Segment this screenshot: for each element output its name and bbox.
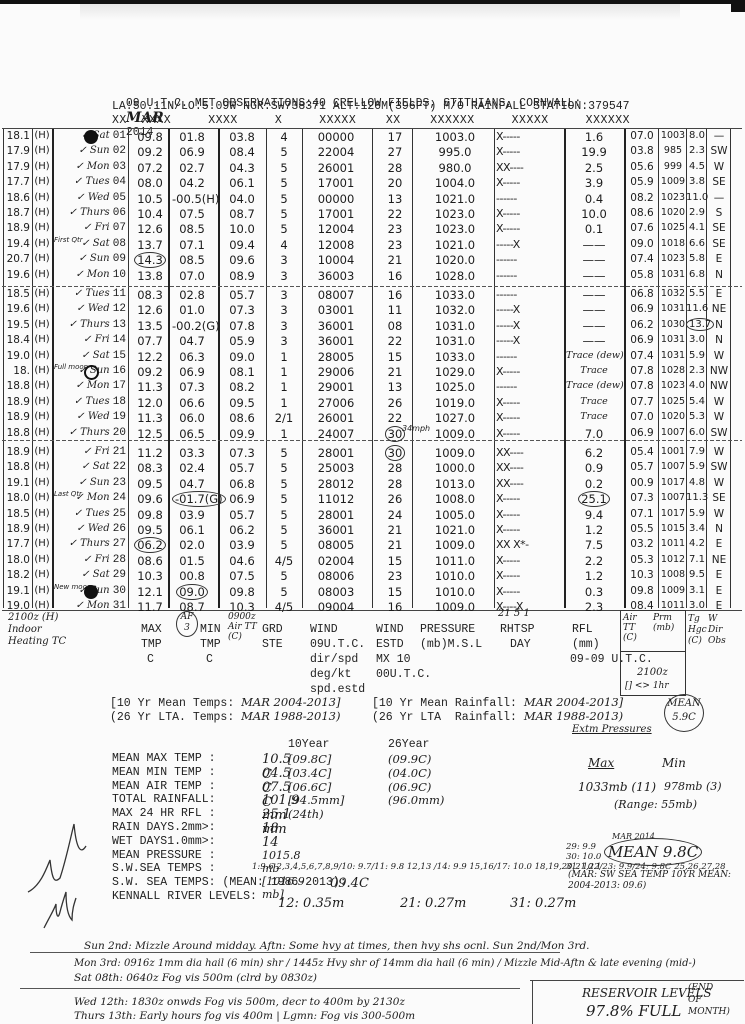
cell-wx: X----- bbox=[496, 176, 520, 189]
cell-pres: 1020.0 bbox=[435, 253, 475, 267]
cell-pres-wrap: 1025.0 bbox=[420, 380, 490, 394]
cell-sea: 18.0 bbox=[7, 554, 30, 566]
legend-min-1: MIN bbox=[200, 622, 221, 637]
cell-gust-wrap: 08 bbox=[380, 319, 410, 333]
cell-day: ✓ Fri 07 bbox=[68, 222, 126, 234]
cell-min: 06.0 bbox=[179, 411, 205, 425]
cell-st-wrap: 3 bbox=[270, 269, 298, 283]
cell-grd: 08.7 bbox=[229, 207, 255, 221]
cell-rfl: Trace (dew) bbox=[566, 350, 624, 361]
cell-grd: 09.4 bbox=[229, 238, 255, 252]
cell-air: 05.6 bbox=[630, 161, 653, 173]
cell-wx: X----- bbox=[496, 427, 520, 440]
cell-sea-wrap: 18.0 bbox=[4, 492, 30, 504]
day-number: 24 bbox=[113, 492, 126, 504]
cell-dir: NW bbox=[710, 365, 728, 377]
cell-grd-wrap: 04.3 bbox=[222, 161, 262, 175]
cell-grd-wrap: 06.2 bbox=[222, 523, 262, 537]
cell-air: 09.8 bbox=[630, 585, 653, 597]
cell-sea: 19.1 bbox=[7, 585, 30, 597]
cell-pmb-wrap: 1030 bbox=[660, 319, 686, 330]
cell-gust: 27 bbox=[388, 145, 403, 159]
cell-max: 12.6 bbox=[137, 222, 163, 236]
day-name: Wed bbox=[88, 523, 110, 534]
cell-pmb-wrap: 1001 bbox=[660, 446, 686, 457]
cell-wx-wrap: XX---- bbox=[496, 461, 562, 474]
day-number: 22 bbox=[113, 461, 126, 473]
cell-tg-wrap: 2.3 bbox=[686, 365, 708, 376]
cell-wx-wrap: ------ bbox=[496, 288, 562, 301]
cell-h: (H) bbox=[34, 569, 49, 580]
cell-h: (H) bbox=[34, 554, 49, 565]
cell-rfl-wrap: —— bbox=[566, 238, 622, 252]
cell-min-wrap: 07.1 bbox=[172, 238, 212, 252]
cell-st-wrap: 4/5 bbox=[270, 554, 298, 568]
cell-wx-wrap: X----- bbox=[496, 222, 562, 235]
cell-pres-wrap: 1019.0 bbox=[420, 396, 490, 410]
cell-h-wrap: (H) bbox=[34, 334, 50, 345]
legend-wind-2: 09U.T.C. bbox=[310, 637, 365, 652]
cell-air-wrap: 08.6 bbox=[626, 207, 658, 219]
cell-sea: 19.6 bbox=[7, 269, 30, 281]
reservoir-value: 97.8% FULL bbox=[586, 1002, 681, 1020]
cell-pmb: 1018 bbox=[661, 238, 685, 249]
cell-h-wrap: (H) bbox=[34, 538, 50, 549]
cell-air-wrap: 09.8 bbox=[626, 585, 658, 597]
cell-pmb-wrap: 1020 bbox=[660, 411, 686, 422]
cell-max: 14.3 bbox=[134, 252, 166, 268]
cell-st: 1 bbox=[280, 396, 287, 410]
cell-min: 00.8 bbox=[179, 569, 205, 583]
cell-tg-wrap: 5.3 bbox=[686, 411, 708, 422]
cell-wx-wrap: X----- bbox=[496, 145, 562, 158]
cell-pres: 1010.0 bbox=[435, 585, 475, 599]
cell-gust-wrap: 16 bbox=[380, 288, 410, 302]
cell-wind: 12004 bbox=[318, 222, 355, 236]
cell-wind-wrap: 26001 bbox=[308, 161, 364, 175]
cell-sea: 20.7 bbox=[7, 253, 30, 265]
cell-pres: 1033.0 bbox=[435, 288, 475, 302]
cell-min-wrap: 08.5 bbox=[172, 253, 212, 267]
cell-wind-wrap: 28001 bbox=[308, 508, 364, 522]
cell-gust: 15 bbox=[388, 585, 403, 599]
cell-wind-wrap: 29006 bbox=[308, 365, 364, 379]
cell-tg: 2.3 bbox=[689, 365, 705, 376]
cell-dir-wrap: S bbox=[708, 207, 730, 219]
cell-st: 5 bbox=[280, 222, 287, 236]
day-number: 10 bbox=[113, 269, 126, 281]
cell-dir: SW bbox=[710, 461, 727, 473]
cell-pmb: 1012 bbox=[661, 554, 685, 565]
cell-grd: 03.8 bbox=[229, 130, 255, 144]
day-name: Tues bbox=[85, 396, 109, 407]
cell-max-wrap: 11.3 bbox=[134, 411, 166, 425]
cell-min: -01.7(G) bbox=[172, 491, 226, 507]
cell-st-wrap: 1 bbox=[270, 380, 298, 394]
cell-sea: 18.9 bbox=[7, 446, 30, 458]
cell-h-wrap: (H) bbox=[34, 396, 50, 407]
cell-air-wrap: 05.6 bbox=[626, 161, 658, 173]
moon-phase-note: First Qtr bbox=[54, 236, 83, 244]
cell-pres: 1021.0 bbox=[435, 192, 475, 206]
cell-h: (H) bbox=[34, 396, 49, 407]
cell-wind-wrap: 36001 bbox=[308, 523, 364, 537]
cell-grd-wrap: 07.3 bbox=[222, 303, 262, 317]
cell-air: 08.2 bbox=[630, 192, 653, 204]
cell-wind-wrap: 00000 bbox=[308, 130, 364, 144]
cell-rfl: Trace bbox=[580, 396, 607, 407]
cell-tg-wrap: 11.3 bbox=[686, 492, 708, 503]
cell-pmb-wrap: 1025 bbox=[660, 222, 686, 233]
cell-day: ✓ Thurs 13 bbox=[68, 319, 126, 331]
day-number: 05 bbox=[113, 192, 126, 204]
cell-wx-wrap: XX---- bbox=[496, 161, 562, 174]
cell-pmb-wrap: 1023 bbox=[660, 192, 686, 203]
cell-grd-wrap: 05.7 bbox=[222, 508, 262, 522]
box-winddir-label: W Dir Obs bbox=[708, 614, 724, 647]
day-number: 30 bbox=[113, 585, 126, 597]
table-row: 19.4(H)13.707.109.4412008231021.0-----X—… bbox=[0, 238, 745, 253]
cell-sea-wrap: 19.4 bbox=[4, 238, 30, 250]
cell-gust: 16 bbox=[388, 600, 403, 614]
cell-max: 12.1 bbox=[137, 585, 163, 599]
cell-pmb-wrap: 1008 bbox=[660, 569, 686, 580]
cell-tg: 5.9 bbox=[689, 350, 705, 361]
cell-st-wrap: 5 bbox=[270, 446, 298, 460]
cell-dir-wrap: N bbox=[708, 269, 730, 281]
cell-max: 08.3 bbox=[137, 288, 163, 302]
cell-grd: 09.9 bbox=[229, 427, 255, 441]
stat-10yr: [03.4C] bbox=[288, 766, 331, 780]
ten-temps-period: MAR 2004-2013] bbox=[241, 695, 340, 709]
cell-rfl-wrap: 19.9 bbox=[566, 145, 622, 159]
cell-h-wrap: (H) bbox=[34, 161, 50, 172]
cell-pmb-wrap: 1007 bbox=[660, 492, 686, 503]
cell-min: 08.5 bbox=[179, 253, 205, 267]
stat-label: MEAN MAX TEMP : bbox=[112, 752, 216, 765]
cell-tg: 3.0 bbox=[689, 334, 705, 345]
cell-rfl-wrap: —— bbox=[566, 288, 622, 302]
cell-pmb: 1020 bbox=[661, 411, 685, 422]
note-line-1: Sun 2nd: Mizzle Around midday. Aftn: Som… bbox=[84, 940, 590, 952]
day-name: Sun bbox=[90, 253, 110, 264]
cell-rfl-wrap: —— bbox=[566, 253, 622, 267]
cell-st: 5 bbox=[280, 161, 287, 175]
cell-pres-wrap: 1009.0 bbox=[420, 538, 490, 552]
cell-dir: E bbox=[716, 253, 723, 265]
cell-dir: W bbox=[714, 350, 724, 362]
cell-wind: 08007 bbox=[318, 288, 355, 302]
cell-min: 06.9 bbox=[179, 145, 205, 159]
cell-wind: 03001 bbox=[318, 303, 355, 317]
cell-sea: 18.9 bbox=[7, 411, 30, 423]
notes-divider bbox=[30, 952, 560, 953]
cell-max-wrap: 11.2 bbox=[134, 446, 166, 460]
table-row: 18.9(H)11.203.307.3528001301009.0XX----6… bbox=[0, 446, 745, 461]
grd-air-note: 0900z Air TT (C) bbox=[228, 612, 262, 642]
cell-air: 07.8 bbox=[630, 380, 653, 392]
cell-min-wrap: 02.4 bbox=[172, 461, 212, 475]
cell-min-wrap: 02.8 bbox=[172, 288, 212, 302]
cell-st: 1 bbox=[280, 350, 287, 364]
table-row: 19.0(H)12.206.309.0128005151033.0------T… bbox=[0, 350, 745, 365]
cell-grd-wrap: 03.8 bbox=[222, 130, 262, 144]
stat-26yr: (06.9C) bbox=[388, 780, 431, 794]
cell-grd: 06.8 bbox=[229, 477, 255, 491]
table-row: 18.9(H)12.608.510.0512004231023.0X-----0… bbox=[0, 222, 745, 237]
cell-pmb: 1031 bbox=[661, 334, 685, 345]
cell-rfl-wrap: 1.2 bbox=[566, 523, 622, 537]
cell-pres-wrap: 1013.0 bbox=[420, 477, 490, 491]
cell-pres: 1029.0 bbox=[435, 365, 475, 379]
cell-min-wrap: 04.2 bbox=[172, 176, 212, 190]
cell-dir-wrap: — bbox=[708, 130, 730, 142]
scan-corner bbox=[731, 0, 745, 12]
cell-dir-wrap: W bbox=[708, 350, 730, 362]
cell-h: (H) bbox=[34, 269, 49, 280]
day-number: 29 bbox=[113, 569, 126, 581]
cell-air: 00.9 bbox=[630, 477, 653, 489]
cell-pmb: 985 bbox=[664, 145, 682, 156]
cell-rfl-wrap: 2.3 bbox=[566, 600, 622, 614]
cell-tg-wrap: 7.9 bbox=[686, 446, 708, 457]
cell-pres: 1033.0 bbox=[435, 350, 475, 364]
cell-air-wrap: 03.8 bbox=[626, 145, 658, 157]
cell-day: ✓ Tues 04 bbox=[68, 176, 126, 188]
legend-grd-2: STE bbox=[262, 637, 283, 652]
stat-value: 14 bbox=[262, 835, 279, 850]
cell-pres: 1005.0 bbox=[435, 508, 475, 522]
cell-pres-wrap: 1033.0 bbox=[420, 350, 490, 364]
table-row: 18.9(H)09.506.106.2536001211021.0X-----1… bbox=[0, 523, 745, 538]
cell-wind-wrap: 17001 bbox=[308, 176, 364, 190]
cell-grd-wrap: 08.7 bbox=[222, 207, 262, 221]
cell-pmb-wrap: 1031 bbox=[660, 350, 686, 361]
cell-tg-wrap: 3.4 bbox=[686, 523, 708, 534]
cell-st-wrap: 3 bbox=[270, 288, 298, 302]
cell-sea: 17.9 bbox=[7, 161, 30, 173]
cell-pres-wrap: 1009.0 bbox=[420, 446, 490, 460]
cell-min: 06.3 bbox=[179, 350, 205, 364]
cell-tg: 11.3 bbox=[686, 492, 708, 503]
cell-tg: 5.3 bbox=[689, 411, 705, 422]
legend-pressure: PRESSURE (mb)M.S.L bbox=[420, 622, 482, 652]
cell-day: ✓ Mon 10 bbox=[68, 269, 126, 281]
cell-air: 07.7 bbox=[630, 396, 653, 408]
cell-max-wrap: 09.8 bbox=[134, 130, 166, 144]
cell-gust: 30 bbox=[385, 445, 406, 461]
moon-phase-note: Last Qtr bbox=[54, 490, 82, 498]
cell-tg: 6.0 bbox=[689, 427, 705, 438]
cell-min: 02.0 bbox=[179, 538, 205, 552]
cell-wind: 28005 bbox=[318, 350, 355, 364]
cell-sea: 18.8 bbox=[7, 461, 30, 473]
cell-max: 12.2 bbox=[137, 350, 163, 364]
cell-wind-wrap: 08006 bbox=[308, 569, 364, 583]
cell-grd-wrap: 05.7 bbox=[222, 288, 262, 302]
cell-min-wrap: 04.7 bbox=[172, 477, 212, 491]
cell-rfl: 0.4 bbox=[585, 192, 603, 206]
cell-dir-wrap: NW bbox=[708, 380, 730, 392]
cell-rfl-wrap: Trace bbox=[566, 396, 622, 407]
cell-rfl-wrap: —— bbox=[566, 303, 622, 317]
cell-sea: 18.2 bbox=[7, 569, 30, 581]
cell-pres-wrap: 1020.0 bbox=[420, 253, 490, 267]
cell-st: 4 bbox=[280, 238, 287, 252]
cell-pmb-wrap: 1031 bbox=[660, 303, 686, 314]
cell-dir-wrap: E bbox=[708, 600, 730, 612]
cell-gust: 22 bbox=[388, 207, 403, 221]
stat-10yr: [94.5mm] bbox=[288, 793, 344, 807]
cell-tg-wrap: 11.6 bbox=[686, 303, 708, 314]
cell-max: 12.6 bbox=[137, 303, 163, 317]
cell-h: (H) bbox=[34, 319, 49, 330]
cell-min: 02.8 bbox=[179, 288, 205, 302]
sea-mean-badge: MEAN 9.8C bbox=[604, 838, 702, 866]
cell-gust-wrap: 22 bbox=[380, 207, 410, 221]
cell-wx: ------ bbox=[496, 380, 517, 393]
cell-tg: 6.6 bbox=[689, 238, 705, 249]
cell-sea: 17.7 bbox=[7, 176, 30, 188]
cell-wx: XX---- bbox=[496, 161, 523, 174]
cell-gust: 21 bbox=[388, 538, 403, 552]
cell-day: ✓ Sat 29 bbox=[68, 569, 126, 581]
day-number: 06 bbox=[113, 207, 126, 219]
cell-h: (H) bbox=[34, 411, 49, 422]
legend-gust-3: MX 10 bbox=[376, 652, 431, 667]
lta-temps-label: (26 Yr LTA. Temps: bbox=[110, 711, 234, 724]
cell-air: 03.8 bbox=[630, 145, 653, 157]
cell-max: 08.0 bbox=[137, 176, 163, 190]
cell-pres: 1019.0 bbox=[435, 396, 475, 410]
cell-grd: 07.5 bbox=[229, 569, 255, 583]
cell-h: (H) bbox=[34, 207, 49, 218]
grass-mean-badge: MEAN 5.9C bbox=[664, 694, 704, 732]
cell-grd: 07.3 bbox=[229, 446, 255, 460]
cell-air: 07.1 bbox=[630, 508, 653, 520]
sea-column-note: 2100z (H) Indoor Heating TC bbox=[8, 612, 68, 648]
cell-gust-wrap: 24 bbox=[380, 508, 410, 522]
cell-dir-wrap: NE bbox=[708, 554, 730, 566]
cell-tg-wrap: 2.3 bbox=[686, 145, 708, 156]
cell-gust-wrap: 16 bbox=[380, 600, 410, 614]
cell-pres-wrap: 1021.0 bbox=[420, 523, 490, 537]
cell-wx: X----- bbox=[496, 222, 520, 235]
legend-pressure-1: PRESSURE bbox=[420, 622, 482, 637]
box-tg-label: Tg Hgc (C) bbox=[688, 614, 702, 647]
cell-max-wrap: 08.3 bbox=[134, 461, 166, 475]
cell-dir-wrap: E bbox=[708, 538, 730, 550]
cell-pres-wrap: 1003.0 bbox=[420, 130, 490, 144]
cell-wx-wrap: ------ bbox=[496, 380, 562, 393]
cell-h-wrap: (H) bbox=[34, 145, 50, 156]
cell-max-wrap: 11.7 bbox=[134, 600, 166, 614]
cell-rfl: 19.9 bbox=[581, 145, 607, 159]
day-name: Wed bbox=[88, 303, 110, 314]
day-name: Tues bbox=[85, 176, 109, 187]
day-number: 28 bbox=[113, 554, 126, 566]
cell-pmb-wrap: 1017 bbox=[660, 508, 686, 519]
cell-min-wrap: 06.6 bbox=[172, 396, 212, 410]
table-row: 19.1(H)09.504.706.8528012281013.0XX----0… bbox=[0, 477, 745, 492]
legend-sea-column: 2100z (H) Indoor Heating TC bbox=[8, 612, 68, 648]
cell-grd-wrap: 03.9 bbox=[222, 538, 262, 552]
cell-grd: 08.4 bbox=[229, 145, 255, 159]
cell-wx-wrap: XX X*- bbox=[496, 538, 562, 551]
cell-rfl-wrap: —— bbox=[566, 269, 622, 283]
cell-tg: 2.3 bbox=[689, 145, 705, 156]
cell-h: (H) bbox=[34, 446, 49, 457]
cell-sea-wrap: 18.9 bbox=[4, 446, 30, 458]
cell-max-wrap: 06.2 bbox=[134, 538, 166, 552]
cell-min: 08.5 bbox=[179, 222, 205, 236]
cell-sea-wrap: 18.9 bbox=[4, 523, 30, 535]
cell-wind-wrap: 22004 bbox=[308, 145, 364, 159]
cell-h: (H) bbox=[34, 350, 49, 361]
cell-h: (H) bbox=[34, 253, 49, 264]
table-row: 18.0(H)09.6-01.7(G)06.9511012261008.0X--… bbox=[0, 492, 745, 507]
cell-pmb: 1011 bbox=[661, 538, 685, 549]
cell-wx-wrap: -----X bbox=[496, 303, 562, 316]
cell-min: 01.8 bbox=[179, 130, 205, 144]
cell-sea-wrap: 18.5 bbox=[4, 288, 30, 300]
cell-h-wrap: (H) bbox=[34, 411, 50, 422]
cell-h: (H) bbox=[34, 334, 49, 345]
legend-min-3: C bbox=[200, 652, 221, 667]
cell-pres: 1028.0 bbox=[435, 269, 475, 283]
cell-sea-wrap: 19.1 bbox=[4, 585, 30, 597]
cell-wind: 11012 bbox=[318, 492, 355, 506]
cell-wind-wrap: 25003 bbox=[308, 461, 364, 475]
cell-min: 06.6 bbox=[179, 396, 205, 410]
legend-max-3: C bbox=[141, 652, 162, 667]
cell-dir: SW bbox=[710, 145, 727, 157]
cell-wx: ------ bbox=[496, 253, 517, 266]
cell-rfl-wrap: 2.5 bbox=[566, 161, 622, 175]
cell-max: 13.5 bbox=[137, 319, 163, 333]
cell-air-wrap: 07.7 bbox=[626, 396, 658, 408]
cell-wx: ------ bbox=[496, 350, 517, 363]
cell-gust-wrap: 23 bbox=[380, 238, 410, 252]
cell-sea: 18.1 bbox=[7, 130, 30, 142]
cell-pres: 1025.0 bbox=[435, 380, 475, 394]
note-line-5: Thurs 13th: Early hours fog vis 400m | L… bbox=[74, 1010, 415, 1022]
cell-tg: 5.8 bbox=[689, 253, 705, 264]
cell-max-wrap: 11.3 bbox=[134, 380, 166, 394]
cell-sea: 19.6 bbox=[7, 303, 30, 315]
cell-pres-wrap: 980.0 bbox=[420, 161, 490, 175]
cell-grd-wrap: 07.5 bbox=[222, 569, 262, 583]
cell-h-wrap: (H) bbox=[34, 477, 50, 488]
cell-min: 02.7 bbox=[179, 161, 205, 175]
cell-sea-wrap: 18.9 bbox=[4, 222, 30, 234]
cell-rfl-wrap: 0.9 bbox=[566, 461, 622, 475]
cell-pres: 1027.0 bbox=[435, 411, 475, 425]
cell-pmb: 1023 bbox=[661, 380, 685, 391]
cell-pres: 1008.0 bbox=[435, 492, 475, 506]
cell-wind-wrap: 11012 bbox=[308, 492, 364, 506]
table-row: 18.0(H)08.601.504.64/502004151011.0X----… bbox=[0, 554, 745, 569]
cell-max-wrap: 07.2 bbox=[134, 161, 166, 175]
cell-pmb-wrap: 1012 bbox=[660, 554, 686, 565]
day-name: Sun bbox=[90, 145, 110, 156]
cell-st: 5 bbox=[280, 569, 287, 583]
cell-pres-wrap: 1004.0 bbox=[420, 176, 490, 190]
cell-tg: 5.4 bbox=[689, 396, 705, 407]
cell-st-wrap: 2/1 bbox=[270, 411, 298, 425]
cell-dir-wrap: SE bbox=[708, 176, 730, 188]
cell-max-wrap: 13.5 bbox=[134, 319, 166, 333]
